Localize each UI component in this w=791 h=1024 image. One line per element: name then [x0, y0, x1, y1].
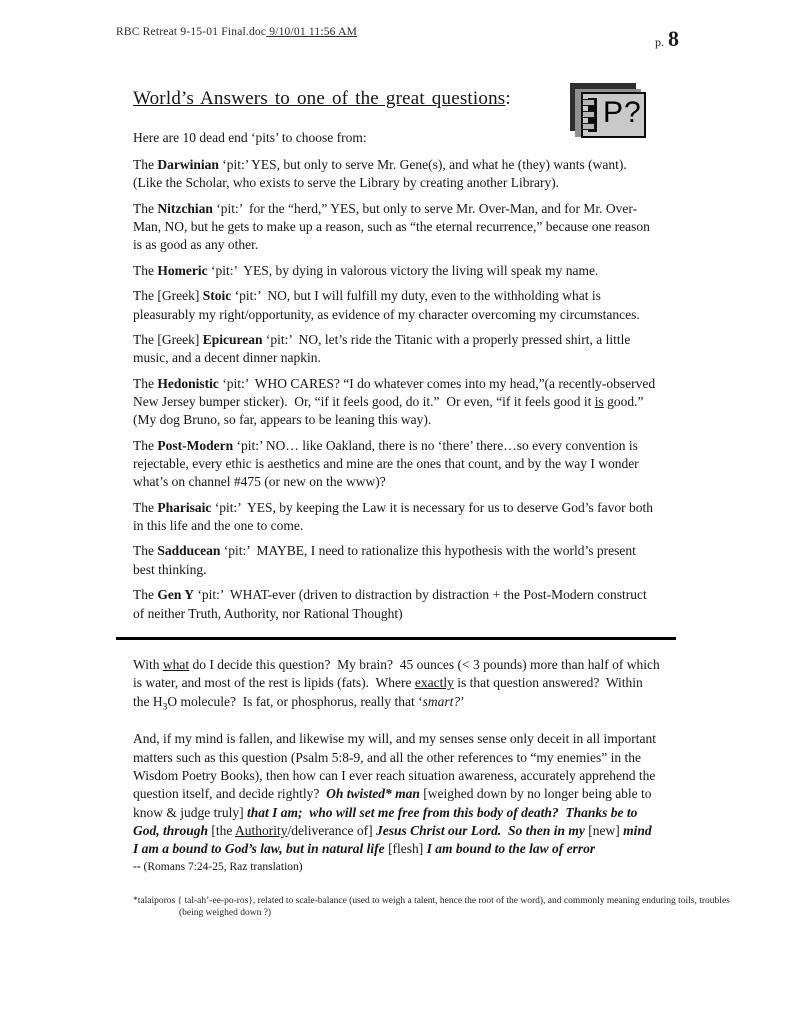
- pit-paragraph-sadducean: The Sadducean ‘pit:’ MAYBE, I need to ra…: [133, 542, 660, 579]
- pit-paragraph-homeric: The Homeric ‘pit:’ YES, by dying in valo…: [133, 262, 660, 280]
- page-title-text: World’s Answers to one of the great ques…: [133, 88, 505, 109]
- pit-paragraph-post-modern: The Post-Modern ‘pit:’ NO… like Oakland,…: [133, 437, 660, 492]
- document-page: RBC Retreat 9-15-01 Final.doc 9/10/01 11…: [0, 0, 791, 1024]
- page-header: RBC Retreat 9-15-01 Final.doc 9/10/01 11…: [116, 26, 679, 52]
- page-number: 8: [668, 26, 679, 51]
- page-title: World’s Answers to one of the great ques…: [133, 88, 660, 110]
- file-label: RBC Retreat 9-15-01 Final.doc: [116, 26, 266, 38]
- talaiporos-footnote: *talaiporos { tal-ah’-ee-po-ros}, relate…: [133, 895, 741, 921]
- page-title-colon: :: [505, 88, 510, 109]
- brain-paragraph: With what do I decide this question? My …: [133, 656, 660, 714]
- mind-paragraph: And, if my mind is fallen, and likewise …: [133, 730, 660, 859]
- pit-paragraph-gen-y: The Gen Y ‘pit:’ WHAT-ever (driven to di…: [133, 586, 660, 623]
- section-divider: [116, 637, 676, 640]
- pit-paragraph-darwinian: The Darwinian ‘pit:’ YES, but only to se…: [133, 156, 660, 193]
- pit-paragraph-stoic: The [Greek] Stoic ‘pit:’ NO, but I will …: [133, 287, 660, 324]
- page-number-indicator: p.8: [655, 26, 679, 52]
- romans-citation: -- (Romans 7:24-25, Raz translation): [133, 861, 660, 873]
- pit-paragraph-epicurean: The [Greek] Epicurean ‘pit:’ NO, let’s r…: [133, 331, 660, 368]
- pit-paragraph-hedonistic: The Hedonistic ‘pit:’ WHO CARES? “I do w…: [133, 375, 660, 430]
- intro-line: Here are 10 dead end ‘pits’ to choose fr…: [133, 130, 660, 146]
- header-filename: RBC Retreat 9-15-01 Final.doc 9/10/01 11…: [116, 26, 357, 38]
- pit-paragraph-pharisaic: The Pharisaic ‘pit:’ YES, by keeping the…: [133, 499, 660, 536]
- header-timestamp: 9/10/01 11:56 AM: [266, 26, 357, 38]
- document-body: World’s Answers to one of the great ques…: [133, 88, 660, 920]
- page-prefix: p.: [655, 35, 664, 49]
- pit-paragraph-nitzchian: The Nitzchian ‘pit:’ for the “herd,” YES…: [133, 200, 660, 255]
